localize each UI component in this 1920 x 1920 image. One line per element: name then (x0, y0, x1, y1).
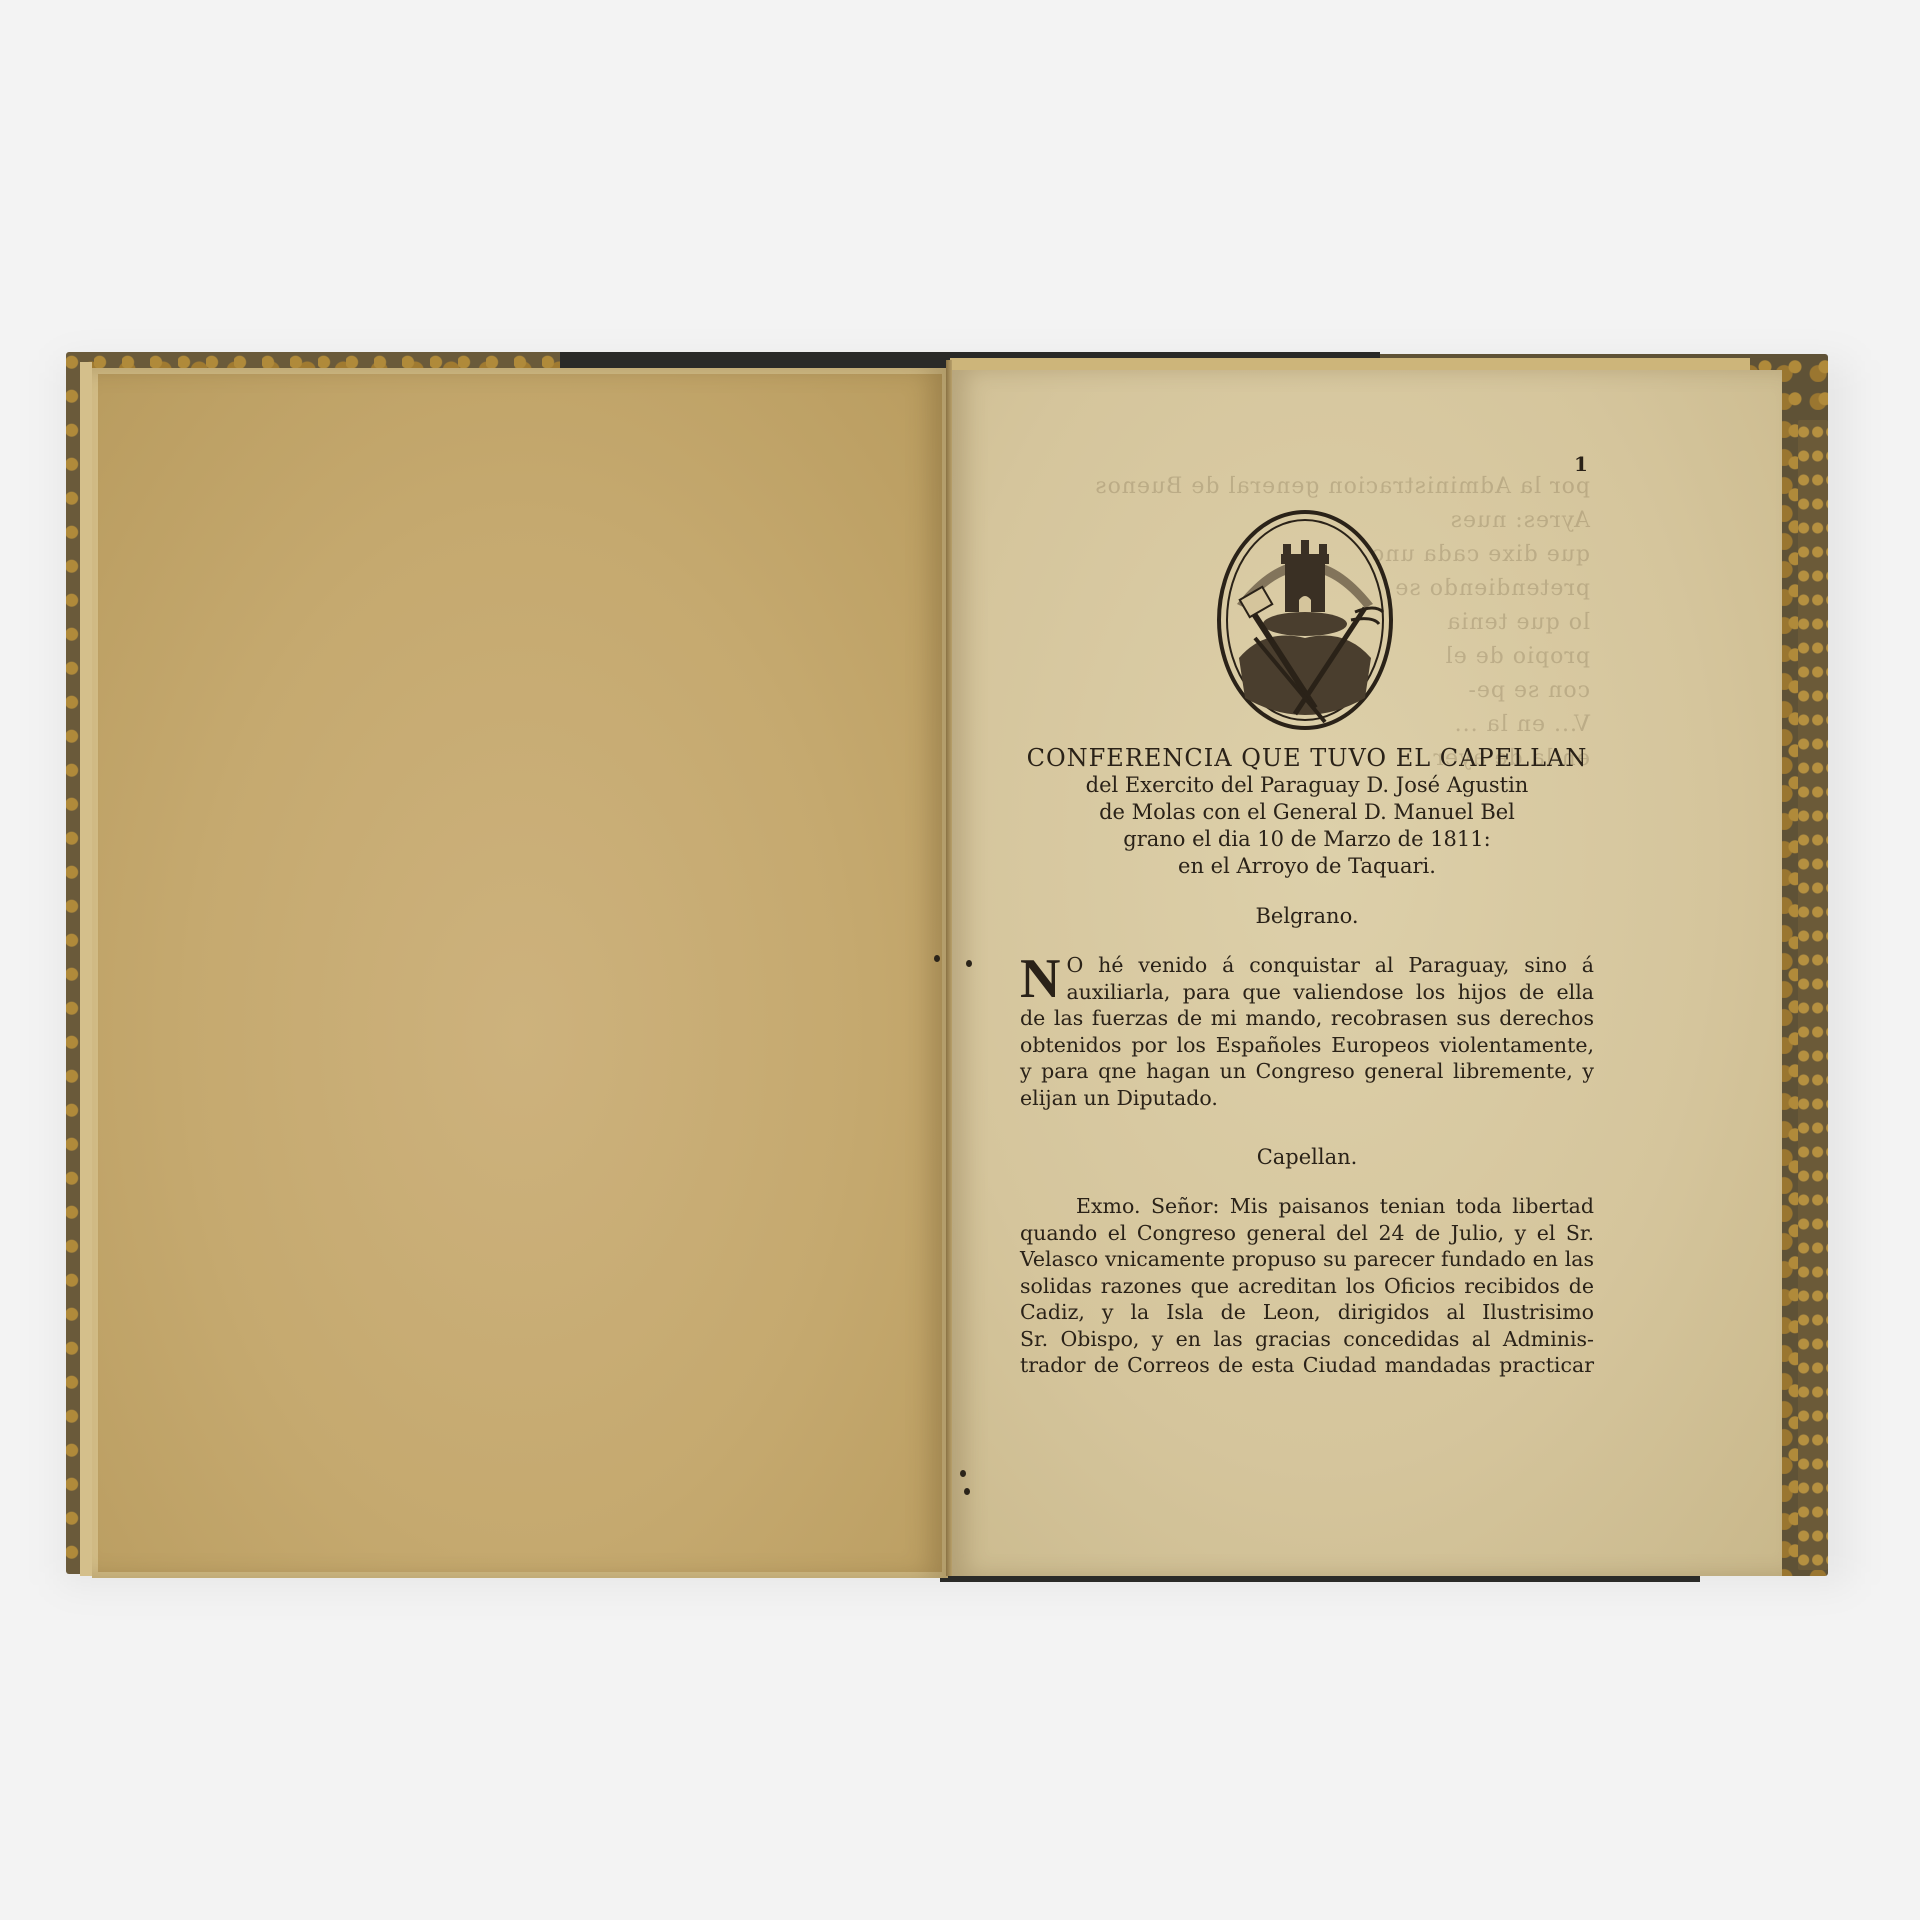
text-line: de las fuerzas de mi mando, recobrasen s… (1020, 1005, 1594, 1032)
text-line: Exmo. Señor: Mis paisanos tenian toda li… (1020, 1193, 1594, 1220)
text-line: Cadiz, y la Isla de Leon, dirigidos al I… (1020, 1299, 1594, 1326)
text-line: trador de Correos de esta Ciudad mandada… (1020, 1352, 1594, 1379)
document-title: CONFERENCIA QUE TUVO EL CAPELLAN (1020, 744, 1594, 772)
text-line: obtenidos por los Españoles Europeos vio… (1020, 1032, 1594, 1059)
document-body: CONFERENCIA QUE TUVO EL CAPELLAN del Exe… (1020, 744, 1594, 1379)
stitch-hole (960, 1470, 966, 1477)
right-cover-edge (1798, 420, 1828, 1570)
left-endpaper-edge (80, 362, 92, 1576)
text-line: solidas razones que acreditan los Oficio… (1020, 1273, 1594, 1300)
page-number: 1 (1574, 452, 1588, 476)
stitch-hole (964, 1488, 970, 1495)
text-line: y para qne hagan un Congreso general lib… (1020, 1058, 1594, 1085)
text-line: O hé venido á conquistar al Paraguay, si… (1020, 952, 1594, 979)
title-line: de Molas con el General D. Manuel Bel (1020, 799, 1594, 826)
text-line: Velasco vnicamente propuso su parecer fu… (1020, 1246, 1594, 1273)
text-line: Sr. Obispo, y en las gracias concedidas … (1020, 1326, 1594, 1353)
title-line: en el Arroyo de Taquari. (1020, 853, 1594, 880)
text-line: auxiliarla, para que valiendose los hijo… (1020, 979, 1594, 1006)
text-line: quando el Congreso general del 24 de Jul… (1020, 1220, 1594, 1247)
gutter (946, 360, 952, 1576)
title-line: grano el dia 10 de Marzo de 1811: (1020, 826, 1594, 853)
drop-cap: N (1020, 956, 1060, 1002)
castle-seal-icon (1215, 508, 1395, 732)
speaker-heading-capellan: Capellan. (1020, 1145, 1594, 1169)
title-line: del Exercito del Paraguay D. José Agusti… (1020, 772, 1594, 799)
left-page-blank (92, 368, 948, 1578)
text-line: elijan un Diputado. (1020, 1085, 1594, 1112)
stitch-hole (966, 960, 972, 967)
speaker-heading-belgrano: Belgrano. (1020, 904, 1594, 928)
stitch-hole (934, 955, 940, 962)
paragraph-capellan: Exmo. Señor: Mis paisanos tenian toda li… (1020, 1193, 1594, 1379)
paragraph-belgrano: N O hé venido á conquistar al Paraguay, … (1020, 952, 1594, 1111)
